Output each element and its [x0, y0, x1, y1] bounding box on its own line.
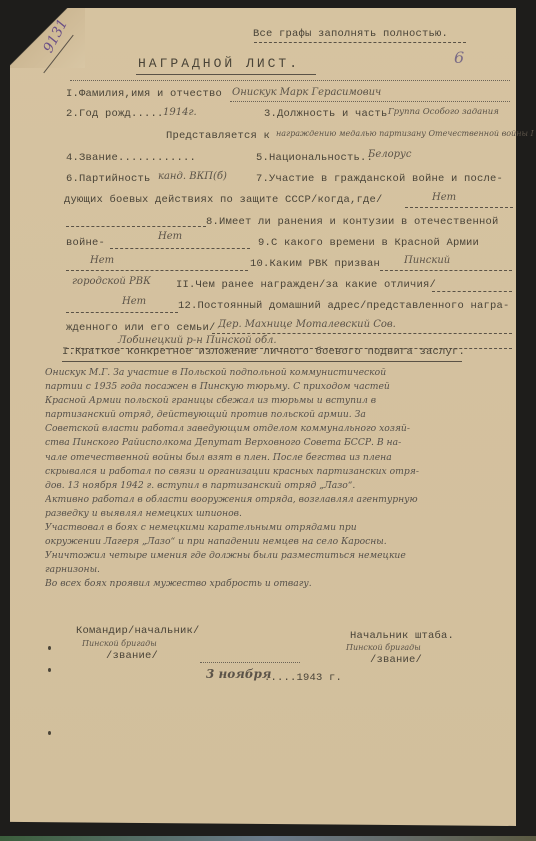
field-rvk-value-a: Пинский — [404, 255, 450, 266]
field-address-label-b: жденного или его семьи/ — [66, 322, 216, 334]
field-rank-label: 4.Звание............ — [66, 152, 196, 164]
rule-8-lead — [66, 226, 206, 227]
narrative-line: Участвовал в боях с немецкими карательны… — [45, 521, 515, 535]
commander-title: Командир/начальник/ — [76, 625, 200, 637]
narrative-line: Советской власти работал заведующим отде… — [45, 422, 515, 436]
presented-value: награждению медалью партизану Отечествен… — [276, 129, 536, 138]
commander-unit: Пинской бригады — [82, 639, 157, 648]
rule-2 — [230, 101, 510, 102]
narrative-line: чале отечественной войны был взят в плен… — [45, 451, 515, 465]
narrative-line: скрывался и работал по связи и организац… — [45, 465, 515, 479]
field-civilwar-label-a: 7.Участие в гражданской войне и после- — [256, 173, 503, 185]
binding-hole — [48, 731, 51, 735]
rule-1 — [70, 80, 510, 81]
date-handwritten: 3 ноября — [206, 667, 271, 681]
field-nationality-value: Белорус — [368, 149, 411, 160]
rule-12 — [212, 333, 512, 334]
narrative-text: Онискук М.Г. За участие в Польской подпо… — [45, 366, 515, 592]
field-civilwar-value: Нет — [432, 192, 456, 203]
instruction-text: Все графы заполнять полностью. — [253, 28, 448, 40]
rule-11 — [432, 291, 512, 292]
field-wounds-label-b: войне- — [66, 237, 105, 249]
narrative-line: ства Пинского Райисполкома Депутат Верхо… — [45, 436, 515, 450]
date-rule — [200, 662, 300, 663]
field-rvk-value-b: городской РВК — [72, 276, 151, 287]
binding-hole — [48, 668, 51, 672]
field-position-value: Группа Особого задания — [388, 107, 499, 117]
rule-9 — [66, 270, 248, 271]
narrative-line: Онискук М.Г. За участие в Польской подпо… — [45, 366, 515, 380]
narrative-line: Уничтожил четыре имения где должны были … — [45, 549, 515, 563]
narrative-line: Активно работал в области вооружения отр… — [45, 493, 515, 507]
field-name-label: I.Фамилия,имя и отчество — [66, 88, 222, 100]
narrative-line: Во всех боях проявил мужество храбрость … — [45, 577, 515, 591]
narrative-line: разведку и выявлял немецких шпионов. — [45, 507, 515, 521]
field-nationality-label: 5.Национальность.. — [256, 152, 373, 164]
field-redarmy-value: Нет — [90, 255, 114, 266]
date-year: .....1943 г. — [264, 672, 342, 684]
narrative-line: дов. 13 ноября 1942 г. вступил в партиза… — [45, 479, 515, 493]
binding-hole — [48, 646, 51, 650]
field-birthyear-value: 1914г. — [163, 107, 197, 118]
field-awards-label: II.Чем ранее награжден/за какие отличия/ — [176, 279, 436, 291]
chief-of-staff-unit: Пинской бригады — [346, 643, 421, 652]
instruction-underline — [254, 42, 466, 43]
commander-rank: /звание/ — [106, 650, 158, 662]
narrative-line: Красной Армии польской границы сбежал из… — [45, 394, 515, 408]
heading-underline — [62, 361, 462, 362]
field-wounds-value: Нет — [158, 231, 182, 242]
rule-8 — [110, 248, 250, 249]
rule-10 — [380, 270, 512, 271]
page-number: 6 — [454, 48, 464, 67]
field-name-value: Онискук Марк Герасимович — [232, 87, 381, 98]
rule-11b — [66, 312, 178, 313]
field-position-label: 3.Должность и часть — [264, 108, 388, 120]
narrative-line: партизанский отряд, действующий против п… — [45, 408, 515, 422]
field-party-label: 6.Партийность — [66, 173, 151, 185]
field-rvk-label: 10.Каким РВК призван — [250, 258, 380, 270]
narrative-heading: I.Краткое конкретное изложение личного б… — [62, 346, 465, 358]
rule-civilwar — [405, 207, 513, 208]
narrative-line: партии с 1935 года посажен в Пинскую тюр… — [45, 380, 515, 394]
field-address-label-a: 12.Постоянный домашний адрес/представлен… — [178, 300, 510, 312]
narrative-line: гарнизоны. — [45, 563, 515, 577]
field-party-value: канд. ВКП(б) — [158, 171, 227, 182]
field-birthyear-label: 2.Год рожд..... — [66, 108, 164, 120]
scan-edge-strip — [0, 836, 536, 841]
chief-of-staff-rank: /звание/ — [370, 654, 422, 666]
narrative-line: окружении Лагеря „Лазо“ и при нападении … — [45, 535, 515, 549]
field-redarmy-label: 9.С какого времени в Красной Армии — [258, 237, 479, 249]
field-address-value-b: Лобинецкий р-н Пинской обл. — [118, 335, 277, 346]
title-underline — [136, 74, 316, 75]
chief-of-staff-title: Начальник штаба. — [350, 630, 454, 642]
field-civilwar-label-b: дующих боевых действиях по защите СССР/к… — [64, 194, 383, 206]
presented-label: Представляется к — [166, 130, 270, 142]
page-title: НАГРАДНОЙ ЛИСТ. — [138, 56, 300, 71]
field-awards-value: Нет — [122, 296, 146, 307]
field-wounds-label-a: 8.Имеет ли ранения и контузии в отечеств… — [206, 216, 499, 228]
field-address-value-a: Дер. Махнице Моталевский Сов. — [218, 319, 396, 330]
